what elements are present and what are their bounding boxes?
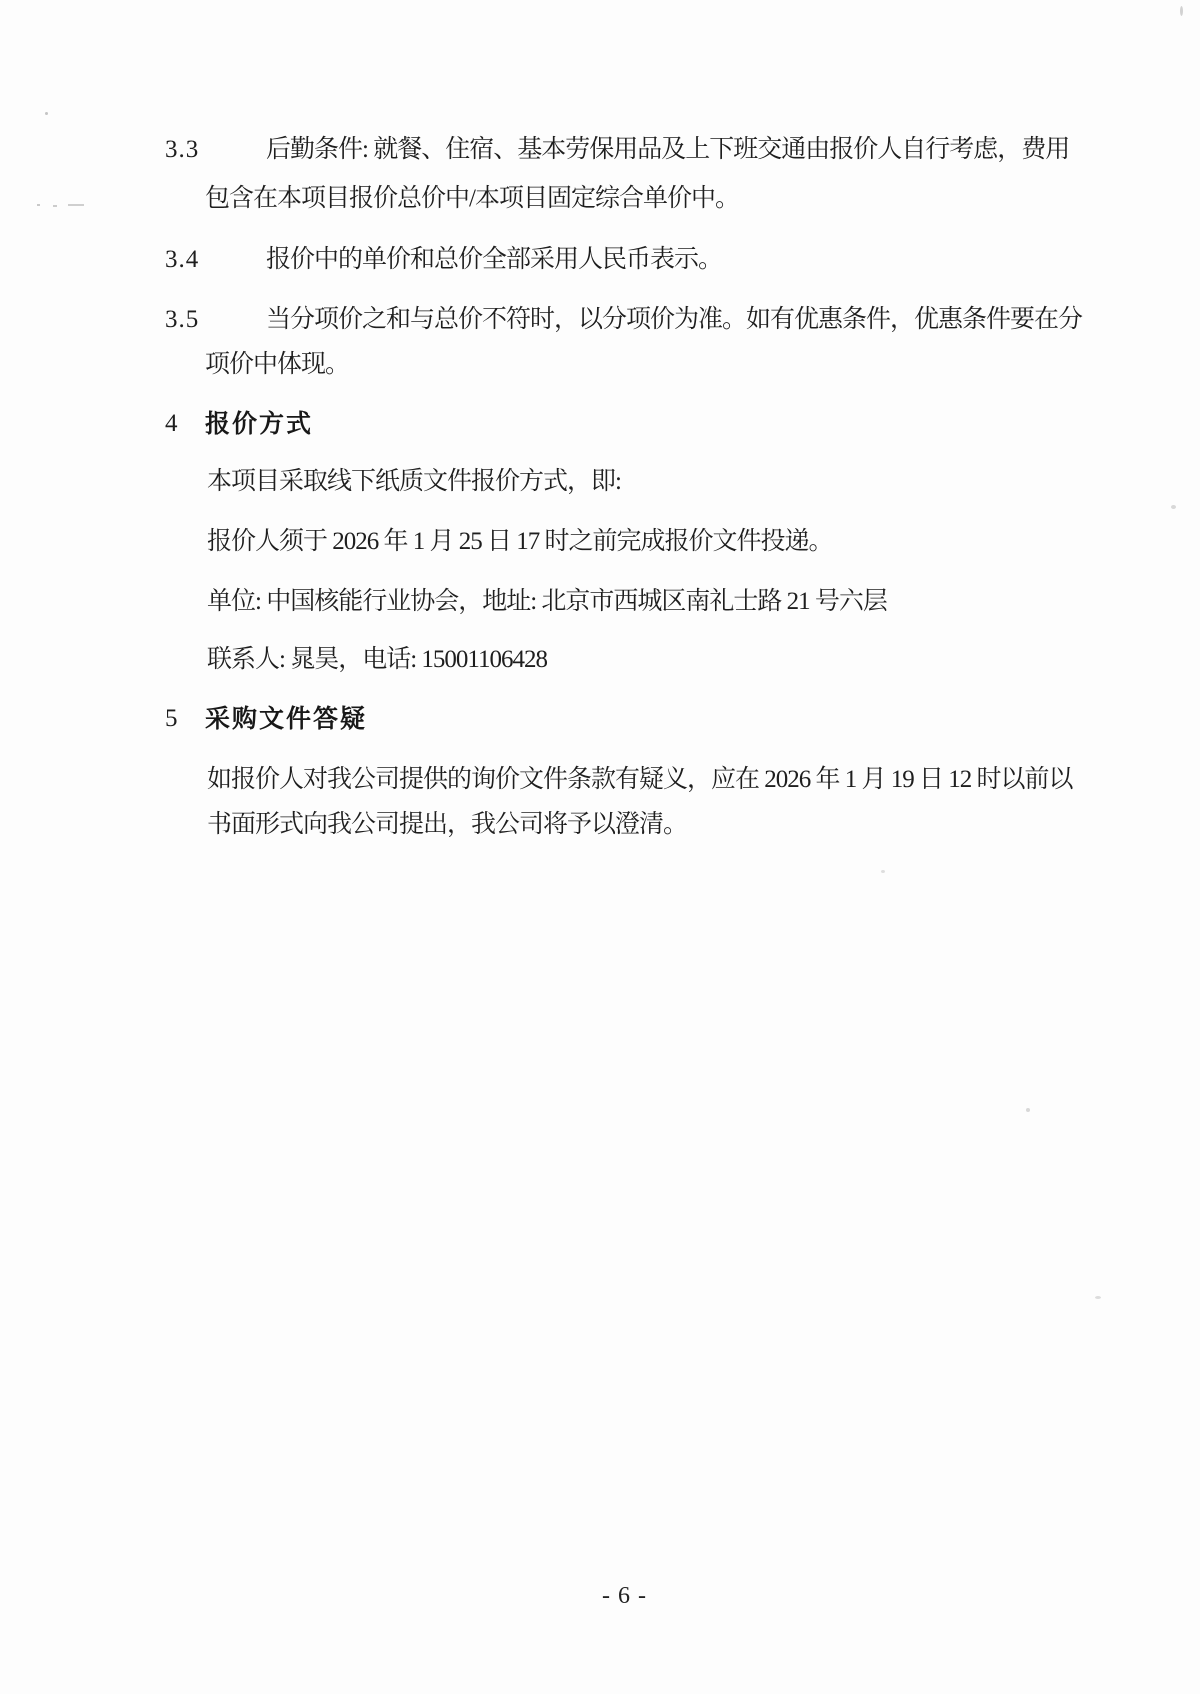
item-3-4-line-1: 报价中的单价和总价全部采用人民币表示。 (266, 245, 722, 275)
item-3-5-number: 3.5 (165, 305, 199, 335)
scan-artifact-dash (37, 204, 40, 206)
unit-address-line: 单位: 中国核能行业协会，地址: 北京市西城区南礼士路 21 号六层 (207, 587, 887, 617)
page-number: - 6 - (602, 1582, 647, 1610)
item-3-3-line-2: 包含在本项目报价总价中/本项目固定综合单价中。 (205, 184, 739, 214)
clarification-line-1: 如报价人对我公司提供的询价文件条款有疑义，应在 2026 年 1 月 19 日 … (207, 765, 1073, 795)
contact-phone-line: 联系人: 晁昊，电话: 15001106428 (207, 645, 547, 675)
item-3-3-number: 3.3 (165, 135, 199, 165)
submission-deadline-line: 报价人须于 2026 年 1 月 25 日 17 时之前完成报价文件投递。 (207, 527, 833, 557)
scan-artifact-dash (68, 204, 84, 206)
section-4-number: 4 (165, 409, 179, 439)
scan-artifact-speck (1171, 505, 1176, 509)
scan-artifact-speck (1026, 1108, 1030, 1112)
item-3-4-number: 3.4 (165, 245, 199, 275)
scan-artifact-speck (1180, 6, 1183, 16)
scan-artifact-speck (881, 870, 885, 873)
quotation-method-line: 本项目采取线下纸质文件报价方式，即: (207, 467, 621, 497)
scan-artifact-dot (45, 112, 48, 115)
item-3-3-line-1: 后勤条件: 就餐、住宿、基本劳保用品及上下班交通由报价人自行考虑，费用 (266, 135, 1069, 165)
item-3-5-line-2: 项价中体现。 (205, 350, 349, 380)
item-3-5-line-1: 当分项价之和与总价不符时，以分项价为准。如有优惠条件，优惠条件要在分 (266, 305, 1082, 335)
clarification-line-2: 书面形式向我公司提出，我公司将予以澄清。 (207, 810, 687, 840)
scan-artifact-dash (53, 205, 57, 207)
scan-artifact-speck (1095, 1296, 1101, 1299)
section-5-number: 5 (165, 704, 179, 734)
section-5-title: 采购文件答疑 (205, 704, 367, 734)
document-page: 3.3 后勤条件: 就餐、住宿、基本劳保用品及上下班交通由报价人自行考虑，费用 … (0, 0, 1200, 1694)
section-4-title: 报价方式 (205, 409, 313, 439)
